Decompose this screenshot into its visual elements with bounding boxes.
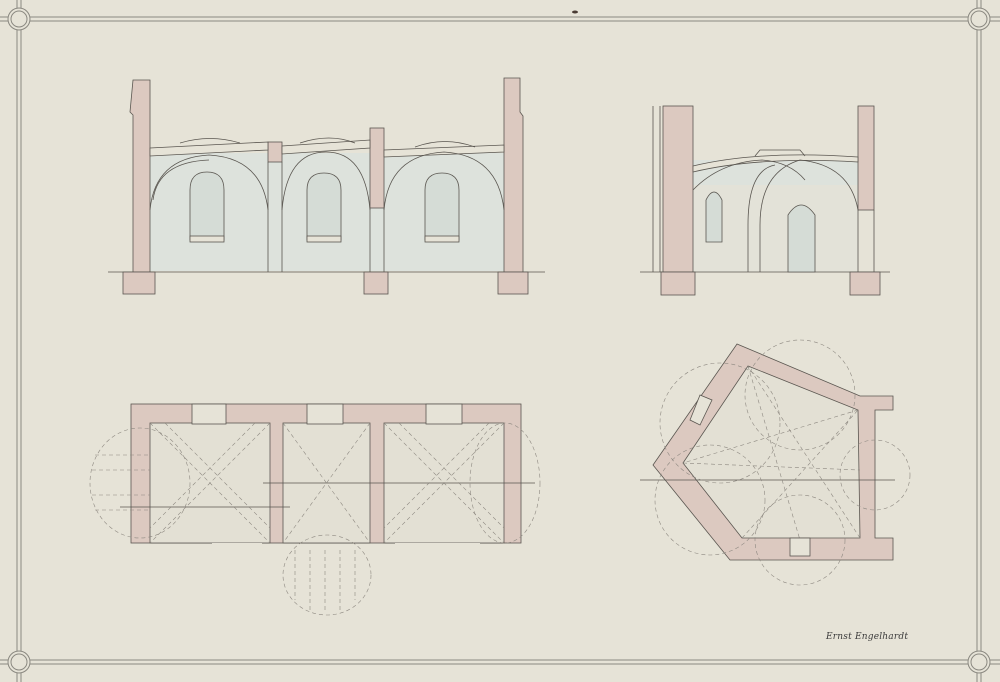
section-pentagon-room — [640, 106, 890, 295]
ink-mark — [572, 11, 578, 14]
corner-ornament-icon — [8, 8, 990, 673]
plan-three-bays — [90, 404, 540, 615]
architectural-drawing — [0, 0, 1000, 682]
section-three-bays — [108, 78, 545, 294]
signature: Ernst Engelhardt — [826, 632, 908, 642]
drawing-sheet: Ernst Engelhardt — [0, 0, 1000, 682]
plan-pentagon-room — [640, 340, 910, 585]
